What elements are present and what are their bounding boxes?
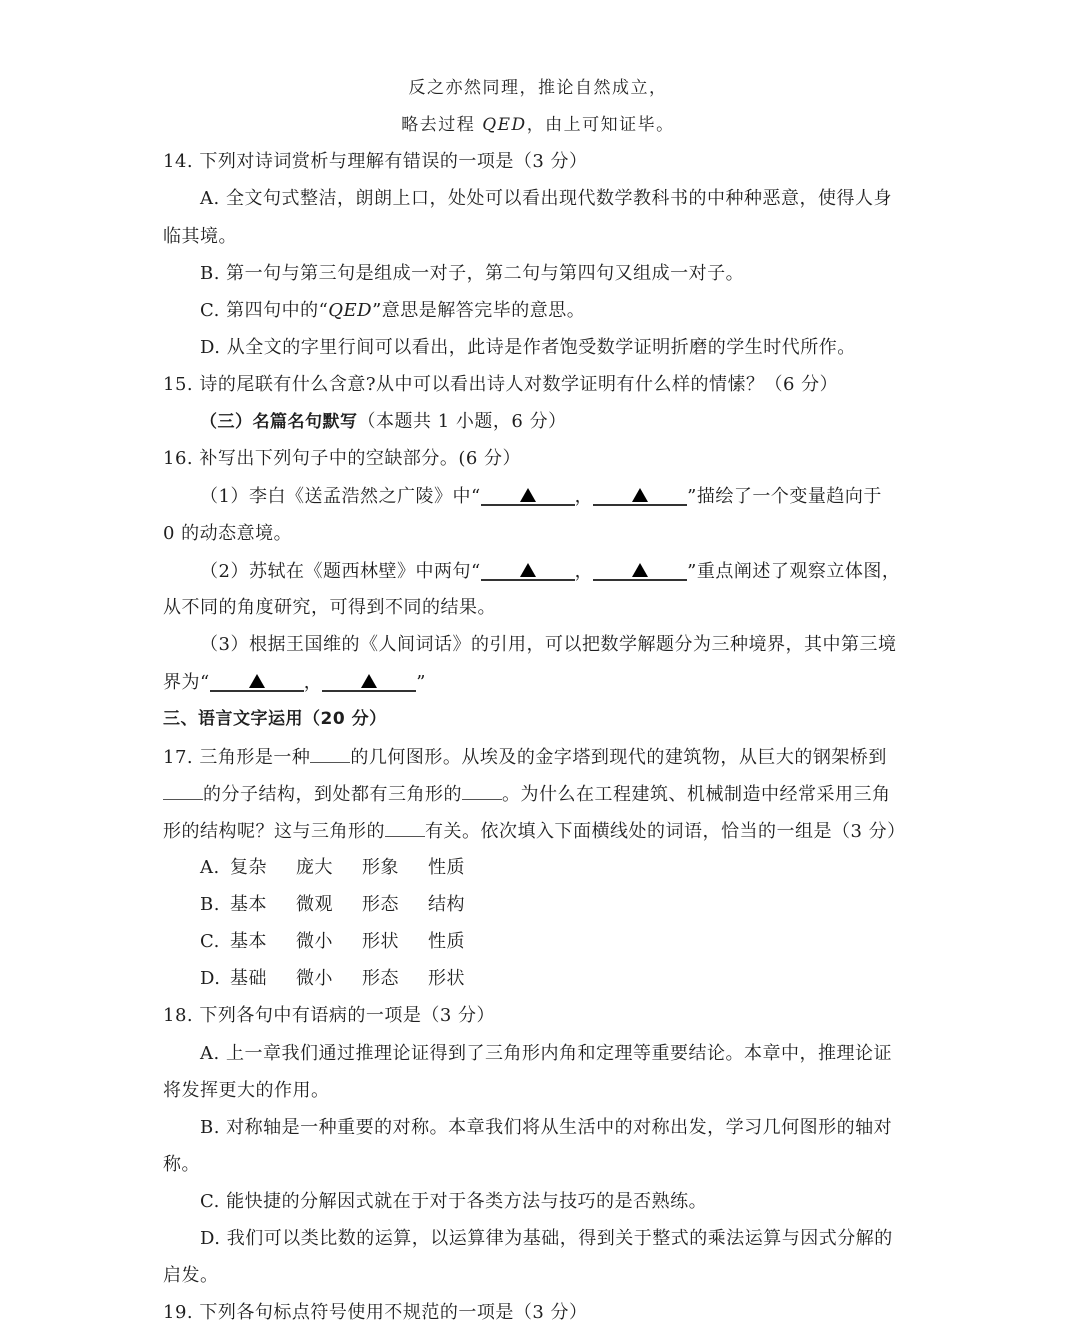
option-word: 形状 [362, 930, 428, 954]
fill-blank[interactable] [310, 744, 350, 763]
q17-option-b: B.基本微观形态结构 [200, 893, 494, 917]
poem-line-2: 略去过程 QED，由上可知证毕。 [0, 113, 1076, 137]
q18-option-b: B. 对称轴是一种重要的对称。本章我们将从生活中的对称出发，学习几何图形的轴对 [200, 1116, 892, 1140]
option-word: 基本 [230, 893, 296, 917]
question-19-stem: 19. 下列各句标点符号使用不规范的一项是（3 分） [163, 1301, 588, 1325]
question-text: （2）苏轼在《题西林壁》中两句“ [200, 561, 481, 582]
option-text: C. 第四句中的“ [200, 300, 328, 321]
subsection-heading: （三）名篇名句默写 [200, 412, 358, 432]
poem-text: 反之亦然同理，推论自然成立， [409, 78, 668, 98]
q16-part-1: （1）李白《送孟浩然之广陵》中“，”描绘了一个变量趋向于 [200, 484, 882, 509]
q16-part-3: （3）根据王国维的《人间词话》的引用，可以把数学解题分为三种境界，其中第三境 [200, 633, 896, 657]
q14-option-d: D. 从全文的字里行间可以看出，此诗是作者饱受数学证明折磨的学生时代所作。 [200, 336, 856, 360]
option-letter: B. [200, 893, 230, 917]
answer-blank[interactable] [593, 484, 687, 506]
q18-option-a: A. 上一章我们通过推理论证得到了三角形内角和定理等重要结论。本章中，推理论证 [200, 1042, 892, 1066]
question-text: 形的结构呢？这与三角形的 [163, 821, 385, 842]
subsection-note: （本题共 1 小题，6 分） [358, 411, 567, 432]
q14-option-b: B. 第一句与第三句是组成一对子，第二句与第四句又组成一对子。 [200, 262, 744, 286]
qed-term: QED [482, 115, 526, 135]
separator: ， [304, 672, 323, 693]
option-word: 微小 [296, 967, 362, 991]
option-word: 形态 [362, 967, 428, 991]
question-text: ”重点阐述了观察立体图， [687, 561, 900, 582]
fill-blank[interactable] [163, 781, 203, 800]
question-text: （1）李白《送孟浩然之广陵》中“ [200, 486, 481, 507]
triangle-marker-icon [520, 563, 536, 577]
question-text: 的分子结构，到处都有三角形的 [203, 784, 462, 805]
option-text: ”意思是解答完毕的意思。 [372, 300, 585, 321]
q18-option-a-cont: 将发挥更大的作用。 [163, 1079, 330, 1103]
question-16-stem: 16. 补写出下列句子中的空缺部分。(6 分） [163, 447, 521, 471]
triangle-marker-icon [632, 488, 648, 502]
q14-option-a: A. 全文句式整洁，朗朗上口，处处可以看出现代数学教科书的中种种恶意，使得人身 [200, 187, 892, 211]
triangle-marker-icon [520, 488, 536, 502]
question-14-stem: 14. 下列对诗词赏析与理解有错误的一项是（3 分） [163, 150, 588, 174]
fill-blank[interactable] [462, 781, 502, 800]
option-word: 形象 [362, 856, 428, 880]
option-word: 形态 [362, 893, 428, 917]
exam-page: 反之亦然同理，推论自然成立， 略去过程 QED，由上可知证毕。 14. 下列对诗… [0, 0, 1076, 1335]
option-word: 微观 [296, 893, 362, 917]
q17-option-c: C.基本微小形状性质 [200, 930, 494, 954]
option-word: 基本 [230, 930, 296, 954]
answer-blank[interactable] [593, 559, 687, 581]
q16-part-1-cont: 0 的动态意境。 [163, 522, 292, 546]
question-text: 的几何图形。从埃及的金字塔到现代的建筑物，从巨大的钢架桥到 [350, 747, 887, 768]
question-17-line-3: 形的结构呢？这与三角形的有关。依次填入下面横线处的词语，恰当的一组是（3 分） [163, 818, 906, 844]
triangle-marker-icon [361, 674, 377, 688]
answer-blank[interactable] [322, 670, 416, 692]
question-text: 界为“ [163, 672, 210, 693]
answer-blank[interactable] [210, 670, 304, 692]
q18-option-d-cont: 启发。 [163, 1264, 219, 1288]
triangle-marker-icon [249, 674, 265, 688]
q14-option-a-cont: 临其境。 [163, 225, 237, 249]
question-15-stem: 15. 诗的尾联有什么含意?从中可以看出诗人对数学证明有什么样的情愫？（6 分） [163, 373, 838, 397]
option-letter: D. [200, 967, 230, 991]
question-18-stem: 18. 下列各句中有语病的一项是（3 分） [163, 1004, 495, 1028]
option-word: 基础 [230, 967, 296, 991]
q18-option-c: C. 能快捷的分解因式就在于对于各类方法与技巧的是否熟练。 [200, 1190, 707, 1214]
option-word: 结构 [428, 893, 494, 917]
option-word: 微小 [296, 930, 362, 954]
option-word: 性质 [428, 856, 494, 880]
fill-blank[interactable] [385, 818, 425, 837]
option-word: 庞大 [296, 856, 362, 880]
answer-blank[interactable] [481, 484, 575, 506]
question-text: ”描绘了一个变量趋向于 [687, 486, 882, 507]
q16-part-2: （2）苏轼在《题西林壁》中两句“，”重点阐述了观察立体图， [200, 559, 900, 584]
poem-text: ，由上可知证毕。 [527, 115, 675, 135]
triangle-marker-icon [632, 563, 648, 577]
question-17-line-1: 17. 三角形是一种的几何图形。从埃及的金字塔到现代的建筑物，从巨大的钢架桥到 [163, 744, 887, 770]
option-word: 形状 [428, 967, 494, 991]
q18-option-b-cont: 称。 [163, 1153, 200, 1177]
separator: ， [575, 561, 594, 582]
question-text: 17. 三角形是一种 [163, 747, 310, 768]
q16-part-3-cont: 界为“，” [163, 670, 426, 695]
poem-text: 略去过程 [401, 115, 482, 135]
q18-option-d: D. 我们可以类比数的运算，以运算律为基础，得到关于整式的乘法运算与因式分解的 [200, 1227, 893, 1251]
separator: ， [575, 486, 594, 507]
q16-part-2-cont: 从不同的角度研究，可得到不同的结果。 [163, 596, 496, 620]
option-word: 性质 [428, 930, 494, 954]
q17-option-d: D.基础微小形态形状 [200, 967, 494, 991]
question-text: ” [416, 672, 426, 693]
option-letter: A. [200, 856, 230, 880]
question-text: 。为什么在工程建筑、机械制造中经常采用三角 [502, 784, 891, 805]
qed-term: QED [328, 300, 372, 321]
q17-option-a: A.复杂庞大形象性质 [200, 856, 494, 880]
q14-option-c: C. 第四句中的“QED”意思是解答完毕的意思。 [200, 299, 585, 323]
option-word: 复杂 [230, 856, 296, 880]
poem-line-1: 反之亦然同理，推论自然成立， [0, 76, 1076, 100]
option-letter: C. [200, 930, 230, 954]
subsection-title: （三）名篇名句默写（本题共 1 小题，6 分） [200, 410, 567, 434]
section-title-language-use: 三、语言文字运用（20 分） [163, 707, 387, 731]
question-text: 有关。依次填入下面横线处的词语，恰当的一组是（3 分） [425, 821, 906, 842]
question-17-line-2: 的分子结构，到处都有三角形的。为什么在工程建筑、机械制造中经常采用三角 [163, 781, 891, 807]
answer-blank[interactable] [481, 559, 575, 581]
